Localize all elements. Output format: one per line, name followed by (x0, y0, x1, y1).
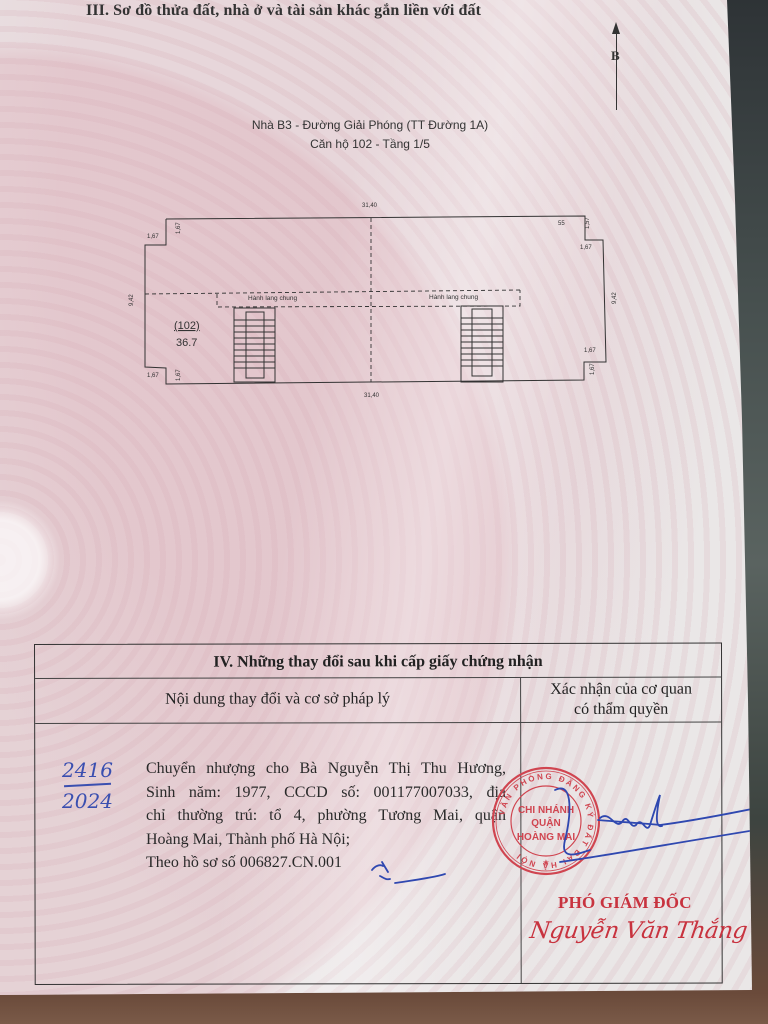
handwritten-entry-number: 2416 2024 (60, 758, 115, 814)
official-seal-icon: VĂN PHÒNG ĐĂNG KÝ ĐẤT ĐAI HÀ NỘI CHI NHÁ… (490, 765, 602, 877)
signer-name: Nguyễn Văn Thắng (528, 918, 748, 944)
content-line: Sinh năm: 1977, CCCD số: 001177007033, đ… (146, 781, 506, 805)
content-line: Hoàng Mai, Thành phố Hà Nội; (146, 828, 506, 852)
svg-text:1,67: 1,67 (584, 348, 596, 354)
svg-text:1,57: 1,57 (585, 217, 591, 229)
col-header-content: Nội dung thay đổi và cơ sở pháp lý (35, 690, 520, 709)
col-header-confirmation: Xác nhận của cơ quan có thẩm quyền (521, 680, 721, 720)
section-iv-title: IV. Những thay đổi sau khi cấp giấy chứn… (35, 644, 721, 681)
svg-text:9,42: 9,42 (612, 292, 618, 304)
changes-table-header-row: Nội dung thay đổi và cơ sở pháp lý Xác n… (35, 678, 721, 724)
changes-table-title-row: IV. Những thay đổi sau khi cấp giấy chứn… (35, 644, 721, 679)
entry-year: 2024 (60, 788, 115, 814)
unit-number: (102) (174, 320, 200, 332)
svg-text:9,42: 9,42 (129, 294, 135, 306)
staircase-left-icon (234, 308, 275, 382)
unit-area: 36.7 (176, 337, 197, 349)
svg-text:HOÀNG MAI: HOÀNG MAI (517, 830, 576, 843)
svg-text:1,67: 1,67 (580, 245, 592, 251)
svg-text:1,67: 1,67 (147, 373, 159, 379)
svg-text:1,67: 1,67 (147, 234, 159, 240)
col-header-confirmation-line1: Xác nhận của cơ quan (521, 680, 721, 700)
change-content: Chuyển nhượng cho Bà Nguyễn Thị Thu Hươn… (146, 757, 506, 875)
content-line: Chuyển nhượng cho Bà Nguyễn Thị Thu Hươn… (146, 757, 506, 781)
fraction-bar (64, 783, 111, 787)
svg-text:CHI NHÁNH: CHI NHÁNH (518, 803, 574, 816)
certificate-page: III. Sơ đồ thửa đất, nhà ở và tài sản kh… (0, 0, 768, 1024)
signer-title: PHÓ GIÁM ĐỐC (558, 893, 692, 913)
svg-text:1,67: 1,67 (590, 363, 596, 375)
staircase-right-icon (461, 306, 503, 382)
svg-text:1,67: 1,67 (176, 369, 182, 381)
svg-text:31,40: 31,40 (362, 203, 378, 209)
svg-text:31,40: 31,40 (364, 393, 380, 399)
unit-outline (145, 216, 606, 384)
content-line: Theo hồ sơ số 006827.CN.001 (146, 851, 506, 875)
svg-text:55: 55 (558, 221, 565, 227)
entry-number: 2416 (60, 758, 115, 782)
floor-plan-diagram: 31,40 31,40 1,67 1,67 9,42 1,67 1,67 55 … (0, 0, 768, 420)
content-line: chỉ thường trú: tổ 4, phường Tương Mai, … (146, 804, 506, 828)
col-header-confirmation-line2: có thẩm quyền (521, 700, 721, 720)
svg-text:QUẬN: QUẬN (531, 816, 560, 829)
svg-text:★: ★ (542, 858, 549, 867)
svg-text:1,67: 1,67 (176, 222, 182, 234)
svg-text:Hành lang chung: Hành lang chung (429, 294, 479, 301)
svg-text:Hành lang chung: Hành lang chung (248, 295, 298, 302)
